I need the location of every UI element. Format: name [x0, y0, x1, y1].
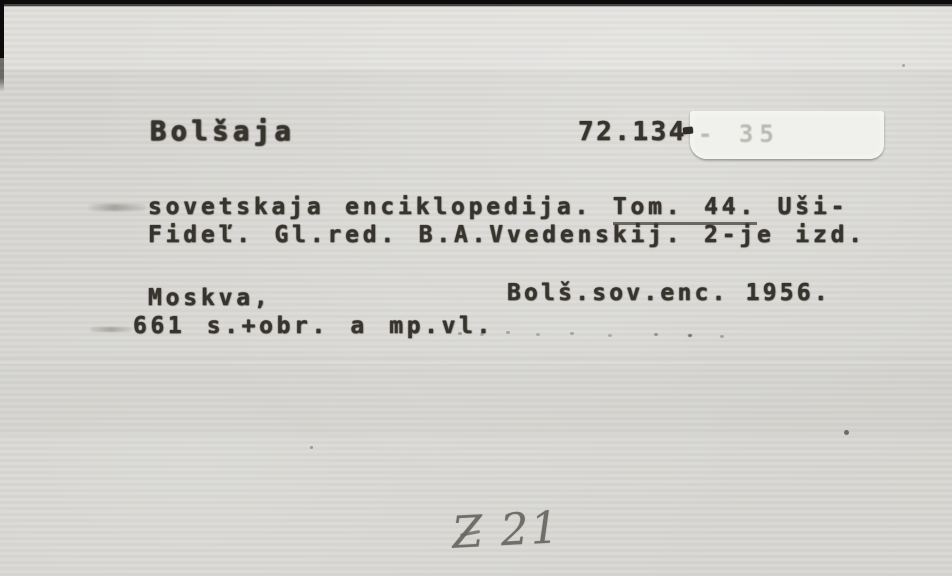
correction-label: - 35 — [690, 111, 884, 159]
paper-speck — [310, 446, 313, 449]
scan-edge-top — [0, 0, 952, 7]
volume-underlined: Tom. 44. — [613, 194, 757, 225]
erased-smudge — [88, 204, 146, 211]
call-number: 72.134 — [578, 117, 687, 147]
faint-dot-trail — [458, 332, 462, 335]
title-text: sovetskaja enciklopedija. — [148, 194, 613, 220]
title-line-2: Fideľ. Gl.red. B.A.Vvedenskij. 2-je izd. — [148, 222, 866, 248]
paper-speck — [902, 64, 905, 67]
publisher-and-year: Bolš.sov.enc. 1956. — [507, 280, 831, 306]
shelf-mark-text: Z 21 — [451, 502, 562, 559]
title-text-continuation: Uši- — [757, 194, 848, 220]
handwritten-shelf-mark: Z 21 — [451, 502, 562, 559]
scan-edge-left — [0, 0, 4, 92]
faint-dash-smudge — [90, 327, 132, 332]
typed-dash-fragment — [683, 126, 694, 134]
label-ghost-text: - 35 — [698, 120, 780, 148]
catalog-card-scan: Bolšaja 72.134 - 35 sovetskaja enciklope… — [0, 0, 952, 576]
publication-city: Moskva, — [148, 285, 272, 311]
card-heading: Bolšaja — [150, 116, 295, 147]
paper-scratch-line — [0, 362, 952, 364]
paper-speck — [844, 430, 849, 435]
title-line-1: sovetskaja enciklopedija. Tom. 44. Uši- — [148, 194, 848, 220]
collation-line: 661 s.+obr. a mp.vl. — [133, 313, 494, 339]
